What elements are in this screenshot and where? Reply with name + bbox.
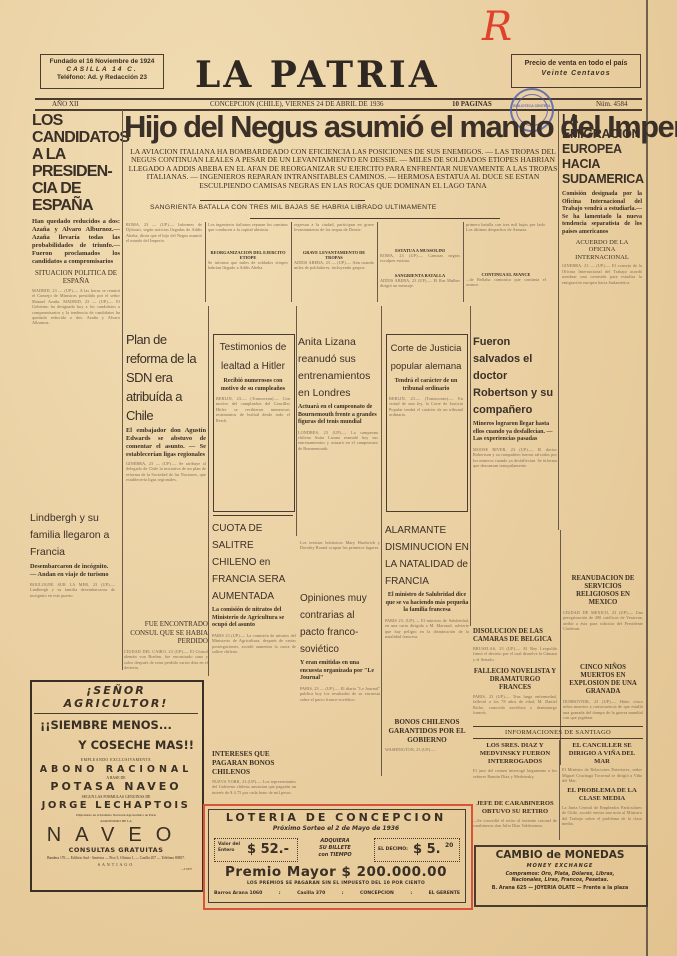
novelista-headline: FALLECIO NOVELISTA Y DRAMATURGO FRANCES	[473, 668, 557, 692]
loteria-footer-address: Barros Arana 1060	[214, 891, 262, 896]
main-lead-deck: LA AVIACION ITALIANA HA BOMBARDEADO CON …	[128, 148, 558, 190]
cambio-footer: B. Arana 625 — JOYERIA OLATE — Frente a …	[476, 886, 644, 891]
founded-phone: Teléfono: Ad. y Redacción 23	[41, 74, 163, 82]
right-lead-body: GINEBRA, 23 — (UP).— El consejo de la Of…	[562, 263, 642, 498]
abono-brand: NAVEO	[34, 824, 198, 846]
opiniones-deck: Y eran emitidas en una encuesta organiza…	[300, 660, 380, 683]
price-box: Precio de venta en todo el país Veinte C…	[511, 54, 641, 88]
left-lead-subhead: SITUACION POLITICA DE ESPAÑA	[32, 269, 120, 285]
hitler-deck: Recibió numerosos con motivo de su cumpl…	[216, 378, 290, 393]
santiago-carabineros-headline: JEFE DE CARABINEROS OBTUVO SU RETIRO	[473, 800, 557, 816]
loteria-middle-1: ADQUIERA	[305, 838, 365, 845]
cambio-line1: Compramos: Oro, Plata, Dólares, Libras,	[476, 872, 644, 877]
lizana-deck: Actuará en el campeonato de Bournemouth …	[298, 404, 378, 427]
santiago-canciller-headline: EL CANCILLER SE DIRIGIO A VIÑA DEL MAR	[562, 742, 642, 765]
abono-small3: SEGUN LAS FORMULAS GENUINAS DE	[34, 795, 198, 799]
abono-small1: EMPLEANDO EXCLUSIVAMENTE	[34, 758, 198, 762]
loteria-footer-city: CONCEPCION	[360, 891, 394, 896]
cambio-line2: Nacionales, Liras, Francos, Pesetas.	[476, 878, 644, 883]
santiago-clase-media-headline: EL PROBLEMA DE LA CLASE MEDIA	[562, 787, 642, 803]
ninos-headline: CINCO NIÑOS MUERTOS EN EXPLOSION DE UNA …	[563, 664, 643, 696]
salitre-headline: CUOTA DE SALITRE CHILENO en FRANCIA SERA…	[212, 520, 296, 605]
santiago-clase-media-body: La Junta Central de Empleados Particular…	[562, 805, 642, 831]
abono-ref: —3 1837	[34, 867, 198, 871]
santiago-carabineros-body: —Se concedió el retiro al teniente coron…	[473, 818, 557, 834]
abono-line1: ¡¡SIEMBRE MENOS...	[34, 718, 198, 732]
consul-headline: FUE ENCONTRADO CONSUL QUE SE HABIA PERDI…	[124, 620, 208, 646]
lindbergh-deck: Desembarcaron de incógnito. — Andan en v…	[30, 563, 115, 579]
loteria-decimo-label: EL DECIMO:	[378, 847, 408, 852]
loteria-middle-3: con TIEMPO	[305, 852, 365, 859]
founded-box: Fundado el 16 Noviembre de 1924 CASILLA …	[40, 54, 164, 89]
robertson-deck: Mineros lograron llegar hasta ellos cuan…	[473, 421, 557, 444]
founded-date: Fundado el 16 Noviembre de 1924	[41, 58, 163, 66]
issue-number: Núm. 4584	[596, 100, 628, 108]
price-value: Veinte Centavos	[512, 69, 640, 79]
loteria-decimo-cents: 20	[445, 842, 453, 849]
loteria-footer-gerente: EL GERENTE	[429, 891, 460, 896]
robertson-headline: Fueron salvados el doctor Robertson y su…	[473, 334, 557, 419]
founded-casilla: CASILLA 14 C.	[41, 66, 163, 74]
abono-small5: AGRONOMO DE LA	[34, 819, 198, 823]
cambio-subtitle: MONEY EXCHANGE	[476, 863, 644, 869]
year-label: AÑO XII	[52, 100, 79, 108]
loteria-footer-casilla: Casilla 370	[297, 891, 325, 896]
right-lead-subhead: ACUERDO DE LA OFICINA INTERNACIONAL	[562, 239, 642, 262]
consul-body: CIUDAD DEL CAIRO, 23 (UP).— El Cónsul al…	[124, 649, 208, 675]
abono-address: Bandera 176 — Edificio Sud - América — P…	[34, 856, 198, 861]
loteria-note: LOS PREMIOS SE PAGARAN SIN EL IMPUESTO D…	[208, 881, 464, 886]
santiago-diaz-headline: LOS Sres. DIAZ Y MEDVINSKY FUERON INTERR…	[473, 742, 557, 765]
lindbergh-headline: Lindbergh y su familia llegaron a Franci…	[30, 510, 115, 561]
right-lead-deck: Comisión designada por la Oficina Intern…	[562, 191, 642, 237]
handwritten-mark: R	[482, 4, 512, 50]
corte-deck: Tendrá el carácter de un tribunal ordina…	[389, 378, 463, 393]
loteria-decimo-value: $ 5.	[413, 842, 441, 857]
sdn-headline: Plan de reforma de la SDN era atribuída …	[126, 330, 206, 425]
dateline: CONCEPCION (CHILE), VIERNES 24 DE ABRIL …	[210, 100, 383, 108]
ninos-body: DUBROVNIK, 23 (UP).— Hubo cinco niños mu…	[563, 699, 643, 729]
price-text: Precio de venta en todo el país	[512, 59, 640, 69]
cambio-title: CAMBIO de MONEDAS	[476, 849, 644, 861]
belgica-body: BRUSELAS, 23 (UP).— El Rey Leopoldo firm…	[473, 646, 557, 668]
masthead-title: LA PATRIA	[195, 57, 440, 93]
santiago-canciller-body: El Ministro de Relaciones Exteriores, se…	[562, 767, 642, 787]
mexico-body: CIUDAD DE MEXICO, 23 (UP).— Una peregrin…	[563, 610, 643, 658]
loteria-entero-label: Valor del Entero	[218, 842, 244, 854]
santiago-diaz-body: El juez del crimen interrogó largamente …	[473, 768, 557, 798]
salitre-deck: La comisión de nitratos del Ministerio d…	[212, 607, 296, 630]
hitler-headline: Testimonios de lealtad a Hitler	[216, 338, 290, 376]
right-lead-headline: LA EMIGRACION EUROPEA HACIA SUDAMERICA	[562, 112, 642, 187]
corte-headline: Corte de Justicia popular alemana	[389, 340, 463, 376]
loteria-middle-2: SU BILLETE	[305, 845, 365, 852]
loteria-entero-box: Valor del Entero $ 52.-	[214, 838, 298, 862]
stamp-text: BIBLIOTECA CENTRAL	[512, 104, 552, 108]
abono-small4: Diplomado en el Instituto Nacional Agron…	[34, 813, 198, 817]
abono-consult: CONSULTAS GRATUITAS	[34, 846, 198, 854]
natalidad-deck: El ministro de Salubridad dice que se va…	[385, 592, 469, 615]
loteria-title: LOTERIA DE CONCEPCION	[208, 811, 464, 824]
bonos-interes-headline: INTERESES QUE PAGARAN BONOS CHILENOS	[212, 750, 296, 777]
main-lead-subhead: SANGRIENTA BATALLA CON TRES MIL BAJAS SE…	[150, 204, 550, 211]
opiniones-headline: Opiniones muy contrarias al pacto franco…	[300, 590, 380, 658]
loteria-subtitle: Próximo Sorteo el 2 de Mayo de 1936	[208, 825, 464, 832]
abono-product1: ABONO RACIONAL	[34, 764, 198, 775]
left-lead-deck: Han quedado reducidos a dos: Azaña y Alv…	[32, 218, 120, 266]
loteria-decimo-box: EL DECIMO: $ 5. 20	[374, 838, 460, 862]
abono-name: JORGE LECHAPTOIS	[34, 800, 198, 811]
belgica-headline: DISOLUCION DE LAS CAMARAS DE BELGICA	[473, 628, 557, 644]
loteria-entero-value: $ 52.-	[247, 842, 289, 857]
main-lead-headline: Hijo del Negus asumió el mando del Imper…	[124, 110, 564, 144]
abono-product2: POTASA NAVEO	[34, 780, 198, 793]
novelista-body: PARIS, 23 (UP).— Tras larga enfermedad, …	[473, 694, 557, 716]
inner-subhead-1: REORGANIZACION DEL EJERCITO ETIOPE	[208, 250, 288, 260]
abono-top: ¡SEÑOR AGRICULTOR!	[34, 684, 198, 710]
salitre-article-box	[213, 515, 293, 516]
pages-count: 10 PAGINAS	[452, 100, 492, 108]
inner-subhead-2: GRAVE LEVANTAMIENTO DE TROPAS	[294, 250, 374, 260]
mexico-headline: REANUDACION DE SERVICIOS RELIGIOSOS EN M…	[563, 575, 643, 607]
abono-line2: Y COSECHE MAS!!	[34, 738, 198, 752]
bonos-garantidos-headline: BONOS CHILENOS GARANTIDOS POR EL GOBIERN…	[385, 718, 469, 745]
santiago-section-title: INFORMACIONES DE SANTIAGO	[473, 729, 643, 736]
natalidad-headline: ALARMANTE DISMINUCION EN LA NATALIDAD de…	[385, 522, 469, 590]
main-lead-body: ROMA, 23 — (UP).— Informes de Djibouti, …	[126, 222, 202, 302]
left-lead-headline: LOS CANDIDATOS A LA PRESIDEN-CIA DE ESPA…	[32, 112, 120, 214]
bonos-garantidos-body: WASHINGTON, 23 (UP).—	[385, 747, 469, 792]
loteria-prize: Premio Mayor $ 200.000.00	[208, 864, 464, 880]
lizana-headline: Anita Lizana reanudó sus entrenamientos …	[298, 334, 378, 402]
sdn-deck: El embajador don Agustín Edwards se abst…	[126, 427, 206, 459]
